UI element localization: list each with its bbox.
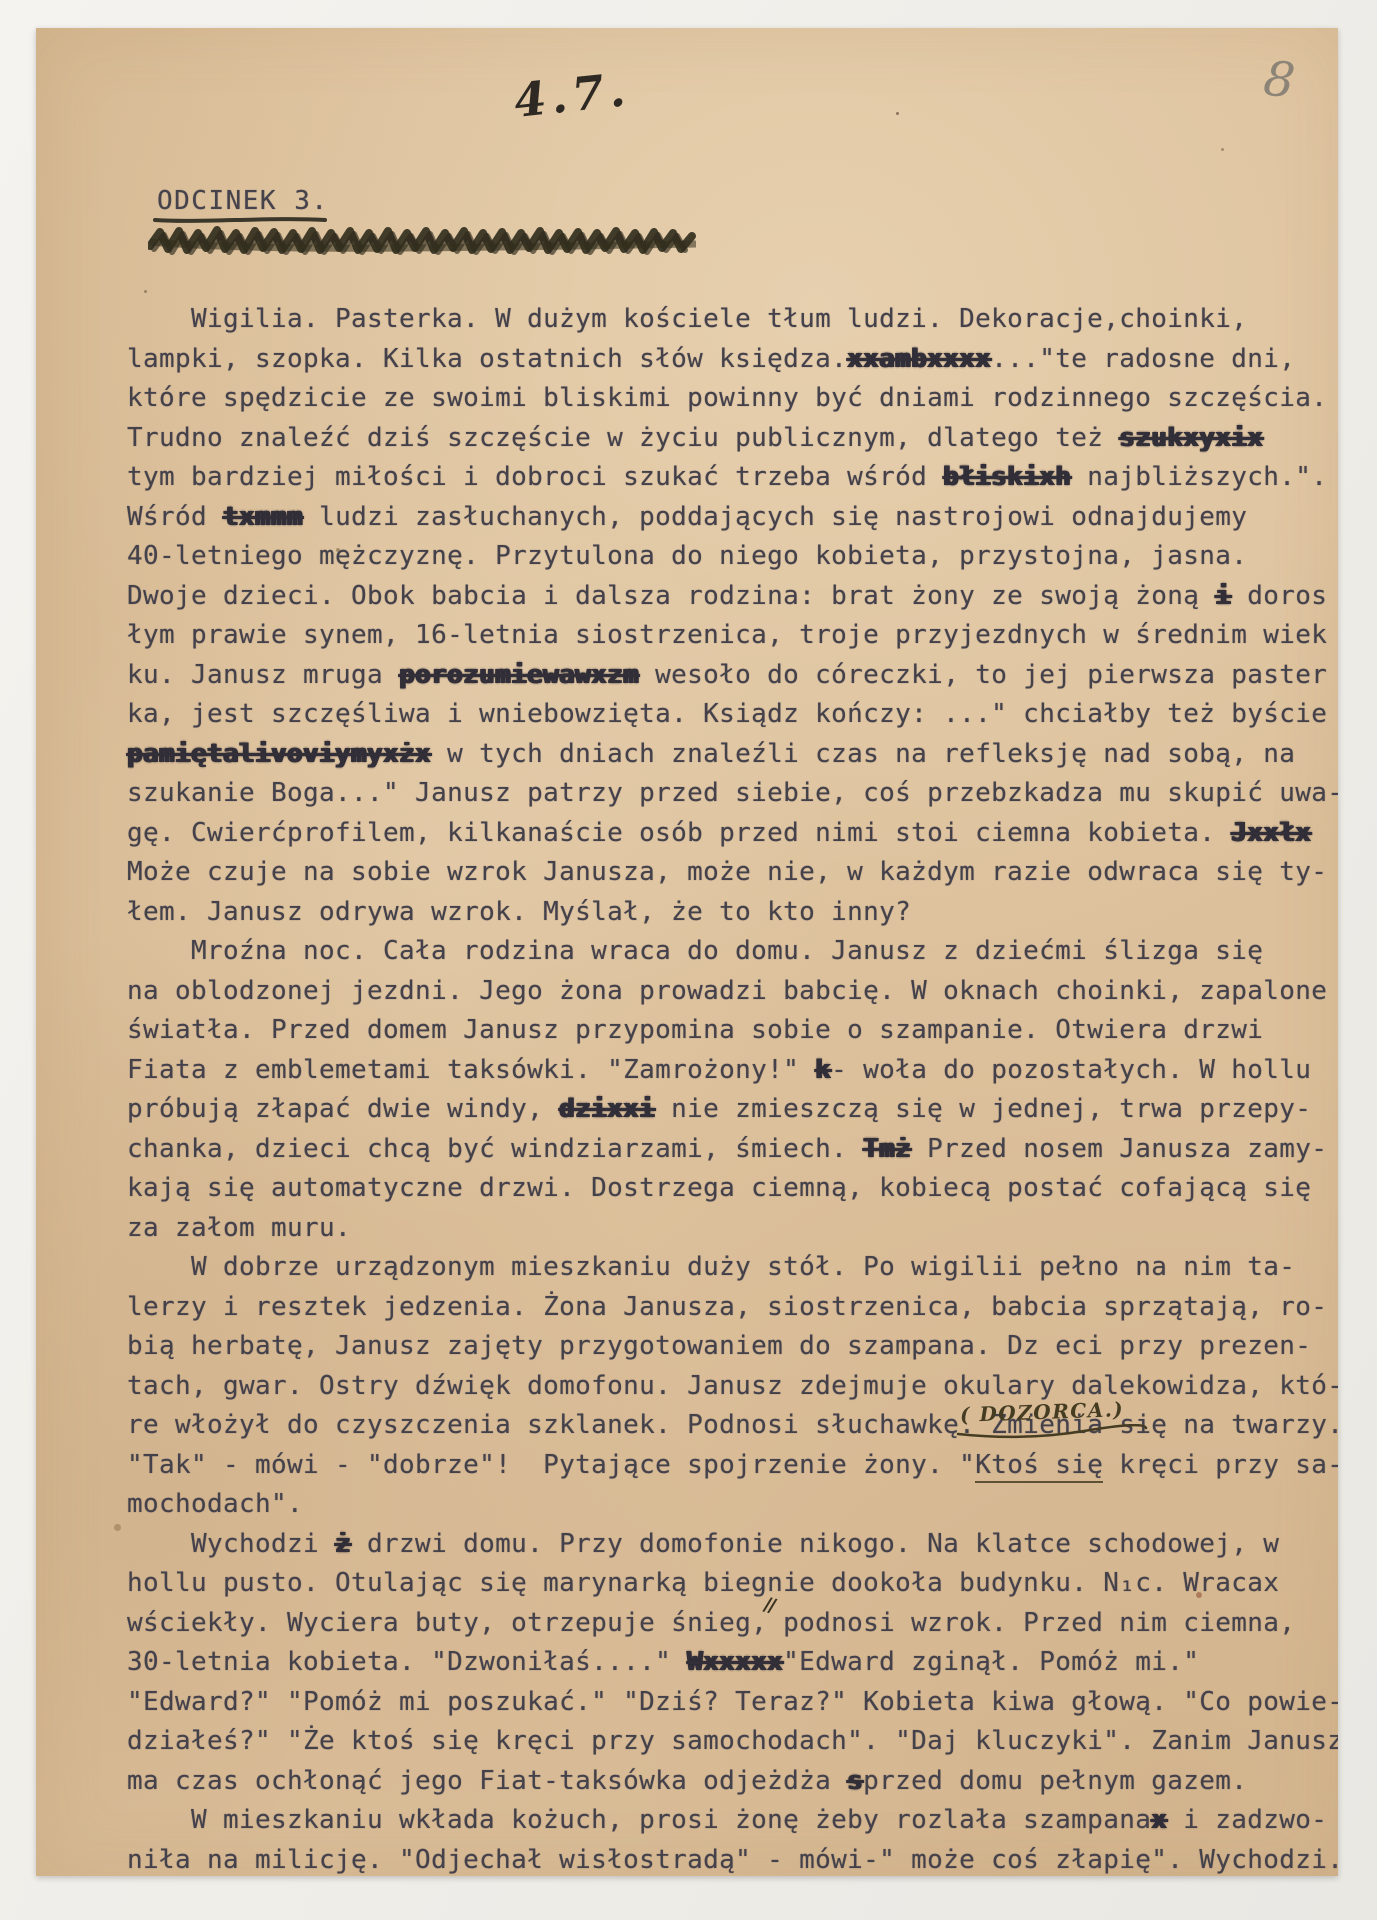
typed-text: bią herbatę, Janusz zajęty przygotowanie… bbox=[127, 1331, 1311, 1361]
typed-text: Może czuje na sobie wzrok Janusza, może … bbox=[127, 857, 1327, 887]
typed-line: chanka, dzieci chcą być windziarzami, śm… bbox=[127, 1130, 1338, 1170]
typed-text: 30-letnia kobieta. "Dzwoniłaś...." bbox=[127, 1647, 687, 1677]
typed-line: które spędzicie ze swoimi bliskimi powin… bbox=[127, 379, 1338, 419]
struck-word: txmmm bbox=[223, 502, 303, 532]
typed-line: ku. Janusz mruga porozumiewawxzm wesoło … bbox=[127, 656, 1338, 696]
struck-word: pamiętalivoviymyxżx bbox=[127, 739, 431, 769]
struck-word: dzixxi bbox=[559, 1094, 655, 1124]
typed-line: W dobrze urządzonym mieszkaniu duży stół… bbox=[127, 1248, 1338, 1288]
typed-line: ka, jest szczęśliwa i wniebowzięta. Ksią… bbox=[127, 695, 1338, 735]
typed-line: "Tak" - mówi - "dobrze"! Pytające spojrz… bbox=[127, 1446, 1338, 1486]
typed-line: Trudno znaleźć dziś szczęście w życiu pu… bbox=[127, 419, 1338, 459]
typed-text: niła na milicję. "Odjechał wisłostradą" … bbox=[127, 1845, 1338, 1875]
typed-line: wściekły. Wyciera buty, otrzepuje śnieg,… bbox=[127, 1604, 1338, 1644]
typed-line: za załom muru. bbox=[127, 1209, 1338, 1249]
typed-text: i zadzwo- bbox=[1167, 1805, 1327, 1835]
typed-text: tach, gwar. Ostry dźwięk domofonu. Janus… bbox=[127, 1371, 1338, 1401]
typed-line: Wśród txmmm ludzi zasłuchanych, poddając… bbox=[127, 498, 1338, 538]
typed-line: re włożył do czyszczenia szklanek. Podno… bbox=[127, 1406, 1338, 1446]
typed-text: ludzi zasłuchanych, poddających się nast… bbox=[303, 502, 1247, 532]
struck-word: xxambxxxx bbox=[847, 344, 991, 374]
typed-text: mochodach". bbox=[127, 1489, 303, 1519]
typed-line: Wychodzi ż drzwi domu. Przy domofonie ni… bbox=[127, 1525, 1338, 1565]
paper-speck bbox=[1196, 1592, 1202, 1598]
typed-line: kają się automatyczne drzwi. Dostrzega c… bbox=[127, 1169, 1338, 1209]
typed-text: Wychodzi bbox=[191, 1529, 335, 1559]
typed-line: Mroźna noc. Cała rodzina wraca do domu. … bbox=[127, 932, 1338, 972]
typed-text: łym prawie synem, 16-letnia siostrzenica… bbox=[127, 620, 1327, 650]
typed-line: działeś?" "Że ktoś się kręci przy samoch… bbox=[127, 1722, 1338, 1762]
typed-text: Przed nosem Janusza zamy- bbox=[911, 1134, 1327, 1164]
typed-text: najbliższych.". bbox=[1071, 462, 1327, 492]
struck-word: i bbox=[1215, 581, 1231, 611]
typed-text: kręci przy sa- bbox=[1103, 1450, 1338, 1480]
typed-text: wściekły. Wyciera buty, otrzepuje śnieg,… bbox=[127, 1608, 1295, 1638]
typed-line: lampki, szopka. Kilka ostatnich słów ksi… bbox=[127, 340, 1338, 380]
typed-lines: Wigilia. Pasterka. W dużym kościele tłum… bbox=[127, 300, 1338, 1876]
typed-text: - woła do pozostałych. W hollu bbox=[831, 1055, 1311, 1085]
typed-text: drzwi domu. Przy domofonie nikogo. Na kl… bbox=[351, 1529, 1279, 1559]
typed-text: chanka, dzieci chcą być windziarzami, śm… bbox=[127, 1134, 863, 1164]
paper-speck bbox=[336, 548, 340, 552]
typed-line: Może czuje na sobie wzrok Janusza, może … bbox=[127, 853, 1338, 893]
typed-line: hollu pusto. Otulając się marynarką bieg… bbox=[127, 1564, 1338, 1604]
paper-speck bbox=[144, 290, 147, 293]
typed-text: re włożył do czyszczenia szklanek. Podno… bbox=[127, 1410, 1338, 1440]
typed-line: łym prawie synem, 16-letnia siostrzenica… bbox=[127, 616, 1338, 656]
typed-text: 40-letniego mężczyznę. Przytulona do nie… bbox=[127, 541, 1247, 571]
typed-line: ma czas ochłonąć jego Fiat-taksówka odje… bbox=[127, 1762, 1338, 1802]
typed-line: mochodach". bbox=[127, 1485, 1338, 1525]
typed-text: "Edward zginął. Pomóż mi." bbox=[783, 1647, 1199, 1677]
typed-text: W mieszkaniu wkłada kożuch, prosi żonę ż… bbox=[191, 1805, 1151, 1835]
typed-text: wesoło do córeczki, to jej pierwsza past… bbox=[639, 660, 1327, 690]
struck-word: szukxyxix bbox=[1119, 423, 1263, 453]
struck-word: Tmż bbox=[863, 1134, 911, 1164]
typed-text: W dobrze urządzonym mieszkaniu duży stół… bbox=[191, 1252, 1295, 1282]
typed-line: światła. Przed domem Janusz przypomina s… bbox=[127, 1011, 1338, 1051]
paper-sheet: 4.7. 8 ODCINEK 3. Wigilia. Pasterka. W d… bbox=[36, 28, 1338, 1876]
paper-speck bbox=[114, 1524, 121, 1531]
struck-word: Wxxxxx bbox=[687, 1647, 783, 1677]
typed-line: tach, gwar. Ostry dźwięk domofonu. Janus… bbox=[127, 1367, 1338, 1407]
typed-line: gę. Cwierćprofilem, kilkanaście osób prz… bbox=[127, 814, 1338, 854]
typed-text: "Tak" - mówi - "dobrze"! Pytające spojrz… bbox=[127, 1450, 975, 1480]
typed-text: Dwoje dzieci. Obok babcia i dalsza rodzi… bbox=[127, 581, 1215, 611]
typed-line: "Edward?" "Pomóż mi poszukać." "Dziś? Te… bbox=[127, 1683, 1338, 1723]
typed-line: Fiata z emblemetami taksówki. "Zamrożony… bbox=[127, 1051, 1338, 1091]
typed-text: gę. Cwierćprofilem, kilkanaście osób prz… bbox=[127, 818, 1231, 848]
typed-text: Fiata z emblemetami taksówki. "Zamrożony… bbox=[127, 1055, 815, 1085]
typed-text: za załom muru. bbox=[127, 1213, 351, 1243]
redaction-scribble-icon bbox=[148, 222, 718, 262]
typed-text: w tych dniach znaleźli czas na refleksję… bbox=[431, 739, 1295, 769]
typed-text: Mroźna noc. Cała rodzina wraca do domu. … bbox=[191, 936, 1263, 966]
struck-word: ż bbox=[335, 1529, 351, 1559]
typed-text: doros bbox=[1231, 581, 1327, 611]
annotation-dozorca-underline bbox=[954, 1424, 1154, 1440]
typed-text: Ktoś się bbox=[975, 1450, 1103, 1483]
typed-line: W mieszkaniu wkłada kożuch, prosi żonę ż… bbox=[127, 1801, 1338, 1841]
typed-text: nie zmieszczą się w jednej, trwa przepy- bbox=[655, 1094, 1311, 1124]
paper-speck bbox=[1221, 148, 1224, 151]
typed-text: lerzy i resztek jedzenia. Żona Janusza, … bbox=[127, 1292, 1327, 1322]
typed-text: które spędzicie ze swoimi bliskimi powin… bbox=[127, 383, 1327, 413]
pencil-page-number: 8 bbox=[1261, 50, 1298, 109]
typed-text: Wigilia. Pasterka. W dużym kościele tłum… bbox=[191, 304, 1247, 334]
typed-text: ku. Janusz mruga bbox=[127, 660, 399, 690]
typed-line: 30-letnia kobieta. "Dzwoniłaś...." Wxxxx… bbox=[127, 1643, 1338, 1683]
typed-line: lerzy i resztek jedzenia. Żona Janusza, … bbox=[127, 1288, 1338, 1328]
struck-word: x bbox=[1151, 1805, 1167, 1835]
typed-text: łem. Janusz odrywa wzrok. Myślał, że to … bbox=[127, 897, 911, 927]
typed-text: ..."te radosne dni, bbox=[991, 344, 1295, 374]
episode-title: ODCINEK 3. bbox=[157, 186, 329, 216]
struck-word: k bbox=[815, 1055, 831, 1085]
typed-line: Wigilia. Pasterka. W dużym kościele tłum… bbox=[127, 300, 1338, 340]
paper-speck bbox=[896, 112, 899, 115]
typed-text: tym bardziej miłości i dobroci szukać tr… bbox=[127, 462, 943, 492]
typed-text: hollu pusto. Otulając się marynarką bieg… bbox=[127, 1568, 1279, 1598]
typed-text: światła. Przed domem Janusz przypomina s… bbox=[127, 1015, 1263, 1045]
struck-word: s bbox=[847, 1766, 863, 1796]
typed-line: pamiętalivoviymyxżx w tych dniach znaleź… bbox=[127, 735, 1338, 775]
scan-background: { "page": { "hand_number": "4.7.", "penc… bbox=[0, 0, 1377, 1920]
typed-line: tym bardziej miłości i dobroci szukać tr… bbox=[127, 458, 1338, 498]
handwritten-scene-number: 4.7. bbox=[511, 62, 632, 128]
typed-text: szukanie Boga..." Janusz patrzy przed si… bbox=[127, 778, 1338, 808]
typed-text: Wśród bbox=[127, 502, 223, 532]
typed-text: ka, jest szczęśliwa i wniebowzięta. Ksią… bbox=[127, 699, 1327, 729]
typed-text: działeś?" "Że ktoś się kręci przy samoch… bbox=[127, 1726, 1338, 1756]
typed-line: Dwoje dzieci. Obok babcia i dalsza rodzi… bbox=[127, 577, 1338, 617]
typed-text: "Edward?" "Pomóż mi poszukać." "Dziś? Te… bbox=[127, 1687, 1338, 1717]
typed-line: próbują złapać dwie windy, dzixxi nie zm… bbox=[127, 1090, 1338, 1130]
struck-word: błiskixh bbox=[943, 462, 1071, 492]
typed-text: lampki, szopka. Kilka ostatnich słów ksi… bbox=[127, 344, 847, 374]
typed-text: na oblodzonej jezdni. Jego żona prowadzi… bbox=[127, 976, 1327, 1006]
typed-text: Trudno znaleźć dziś szczęście w życiu pu… bbox=[127, 423, 1119, 453]
typed-text: kają się automatyczne drzwi. Dostrzega c… bbox=[127, 1173, 1311, 1203]
typed-line: niła na milicję. "Odjechał wisłostradą" … bbox=[127, 1841, 1338, 1877]
typed-line: łem. Janusz odrywa wzrok. Myślał, że to … bbox=[127, 893, 1338, 933]
typed-line: 40-letniego mężczyznę. Przytulona do nie… bbox=[127, 537, 1338, 577]
struck-word: Jxxłx bbox=[1231, 818, 1311, 848]
typed-text: próbują złapać dwie windy, bbox=[127, 1094, 559, 1124]
typed-text: ma czas ochłonąć jego Fiat-taksówka odje… bbox=[127, 1766, 847, 1796]
typed-line: bią herbatę, Janusz zajęty przygotowanie… bbox=[127, 1327, 1338, 1367]
struck-word: porozumiewawxzm bbox=[399, 660, 639, 690]
typed-text: przed domu pełnym gazem. bbox=[863, 1766, 1247, 1796]
typed-line: szukanie Boga..." Janusz patrzy przed si… bbox=[127, 774, 1338, 814]
typed-line: na oblodzonej jezdni. Jego żona prowadzi… bbox=[127, 972, 1338, 1012]
